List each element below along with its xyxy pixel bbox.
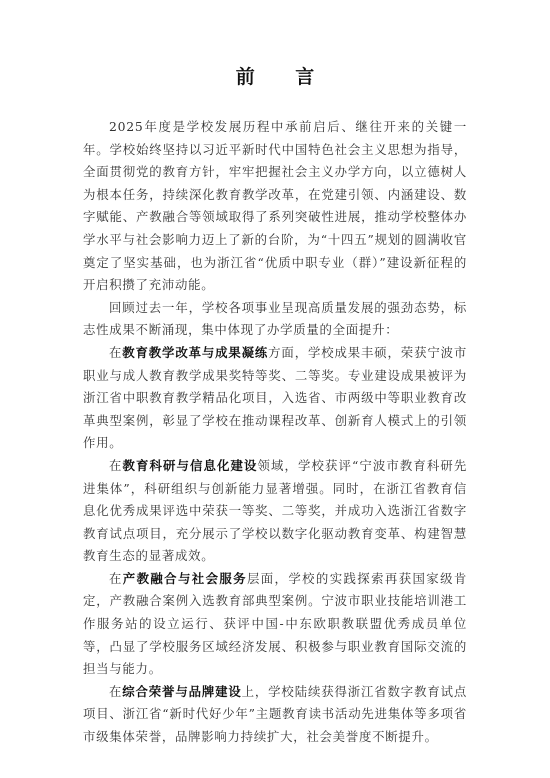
paragraph-text: 层面，学校的实践探索再获国家级肯定，产教融合案例入选教育部典型案例。宁波市职业技… bbox=[83, 571, 467, 676]
document-page: 前 言 2025年度是学校发展历程中承前启后、继往开来的关键一年。学校始终坚持以… bbox=[0, 0, 550, 778]
paragraph-honors-brand: 在综合荣誉与品牌建设上，学校陆续获得浙江省数字教育试点项目、浙江省“新时代好少年… bbox=[83, 681, 467, 749]
paragraph-prefix: 在 bbox=[109, 571, 123, 586]
paragraph-prefix: 在 bbox=[109, 458, 123, 473]
paragraph-prefix: 在 bbox=[109, 684, 122, 699]
paragraph-teaching-reform: 在教育教学改革与成果凝练方面，学校成果丰硕，荣获宁波市职业与成人教育教学成果奖特… bbox=[83, 342, 467, 455]
paragraph-text: 方面，学校成果丰硕，荣获宁波市职业与成人教育教学成果奖特等奖、二等奖。专业建设成… bbox=[83, 345, 467, 450]
paragraph-heading: 产教融合与社会服务 bbox=[123, 571, 247, 586]
paragraph-industry-service: 在产教融合与社会服务层面，学校的实践探索再获国家级肯定，产教融合案例入选教育部典… bbox=[83, 568, 467, 681]
paragraph-review: 回顾过去一年，学校各项事业呈现高质量发展的强劲态势，标志性成果不断涌现，集中体现… bbox=[83, 297, 467, 342]
paragraph-prefix: 在 bbox=[109, 345, 122, 360]
paragraph-intro: 2025年度是学校发展历程中承前启后、继往开来的关键一年。学校始终坚持以习近平新… bbox=[83, 116, 467, 297]
paragraph-heading: 教育教学改革与成果凝练 bbox=[122, 345, 268, 360]
document-body: 2025年度是学校发展历程中承前启后、继往开来的关键一年。学校始终坚持以习近平新… bbox=[83, 116, 467, 749]
paragraph-text: 领域，学校获评“宁波市教育科研先进集体”，科研组织与创新能力显著增强。同时，在浙… bbox=[83, 458, 467, 563]
page-title: 前 言 bbox=[0, 62, 550, 89]
paragraph-text: 2025年度是学校发展历程中承前启后、继往开来的关键一年。学校始终坚持以习近平新… bbox=[83, 119, 467, 292]
paragraph-text: 回顾过去一年，学校各项事业呈现高质量发展的强劲态势，标志性成果不断涌现，集中体现… bbox=[83, 300, 467, 338]
paragraph-heading: 综合荣誉与品牌建设 bbox=[122, 684, 241, 699]
paragraph-heading: 教育科研与信息化建设 bbox=[123, 458, 258, 473]
paragraph-research-it: 在教育科研与信息化建设领域，学校获评“宁波市教育科研先进集体”，科研组织与创新能… bbox=[83, 455, 467, 568]
